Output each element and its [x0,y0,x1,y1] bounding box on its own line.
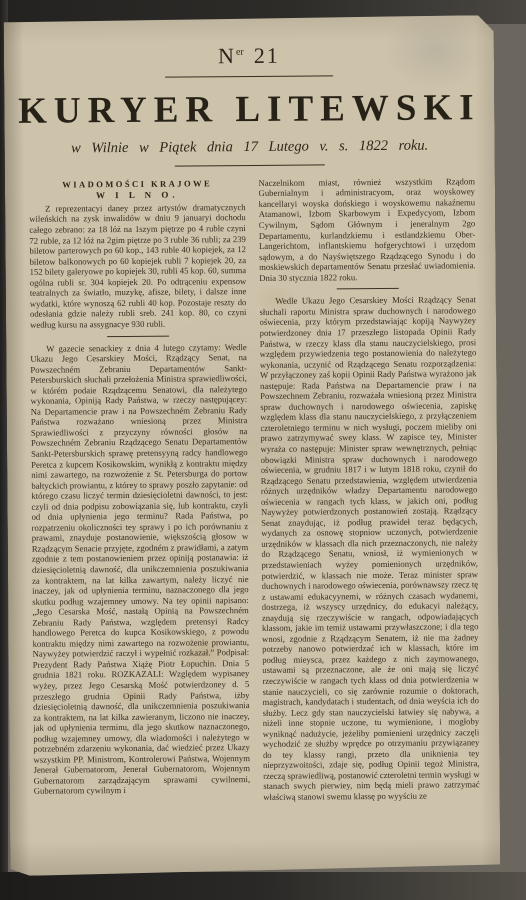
right-paragraph-1: Naczelnikom miast, również wszystkim Rzą… [258,176,475,283]
dateline: w Wilnie w Piątek dnia 17 Lutego v. s. 1… [5,137,495,158]
background-bottom-band [0,872,526,900]
scan-background: Ner21 KURYER LITEWSKI w Wilnie w Piątek … [0,0,526,900]
masthead: Ner21 KURYER LITEWSKI w Wilnie w Piątek … [4,15,495,168]
newspaper-page: Ner21 KURYER LITEWSKI w Wilnie w Piątek … [4,15,501,876]
issue-number: Ner21 [4,41,494,71]
paragraph-divider-right [337,288,399,289]
newspaper-title: KURYER LITEWSKI [4,89,494,132]
right-column: Naczelnikom miast, również wszystkim Rzą… [258,176,479,812]
issue-value: 21 [254,43,280,68]
issue-letter: N [218,43,236,68]
section-heading: WIADOMOŚCI KRAJOWE [29,178,246,190]
right-paragraph-2: Wedle Ukazu Jego Cesarskiey Mości Rządzą… [259,295,479,803]
left-paragraph-2: W gazecie senackiey z dnia 4 lutego czyt… [30,342,250,797]
paragraph-divider-left [107,335,169,336]
section-subheading: W I L N O. [29,189,246,201]
issue-superscript: er [236,47,244,58]
rule-under-issue [165,75,333,77]
left-paragraph-1: Z reprezentacyi daney przez artystów dra… [29,202,246,330]
left-column: WIADOMOŚCI KRAJOWE W I L N O. Z reprezen… [29,178,250,814]
text-columns: WIADOMOŚCI KRAJOWE W I L N O. Z reprezen… [5,164,500,814]
